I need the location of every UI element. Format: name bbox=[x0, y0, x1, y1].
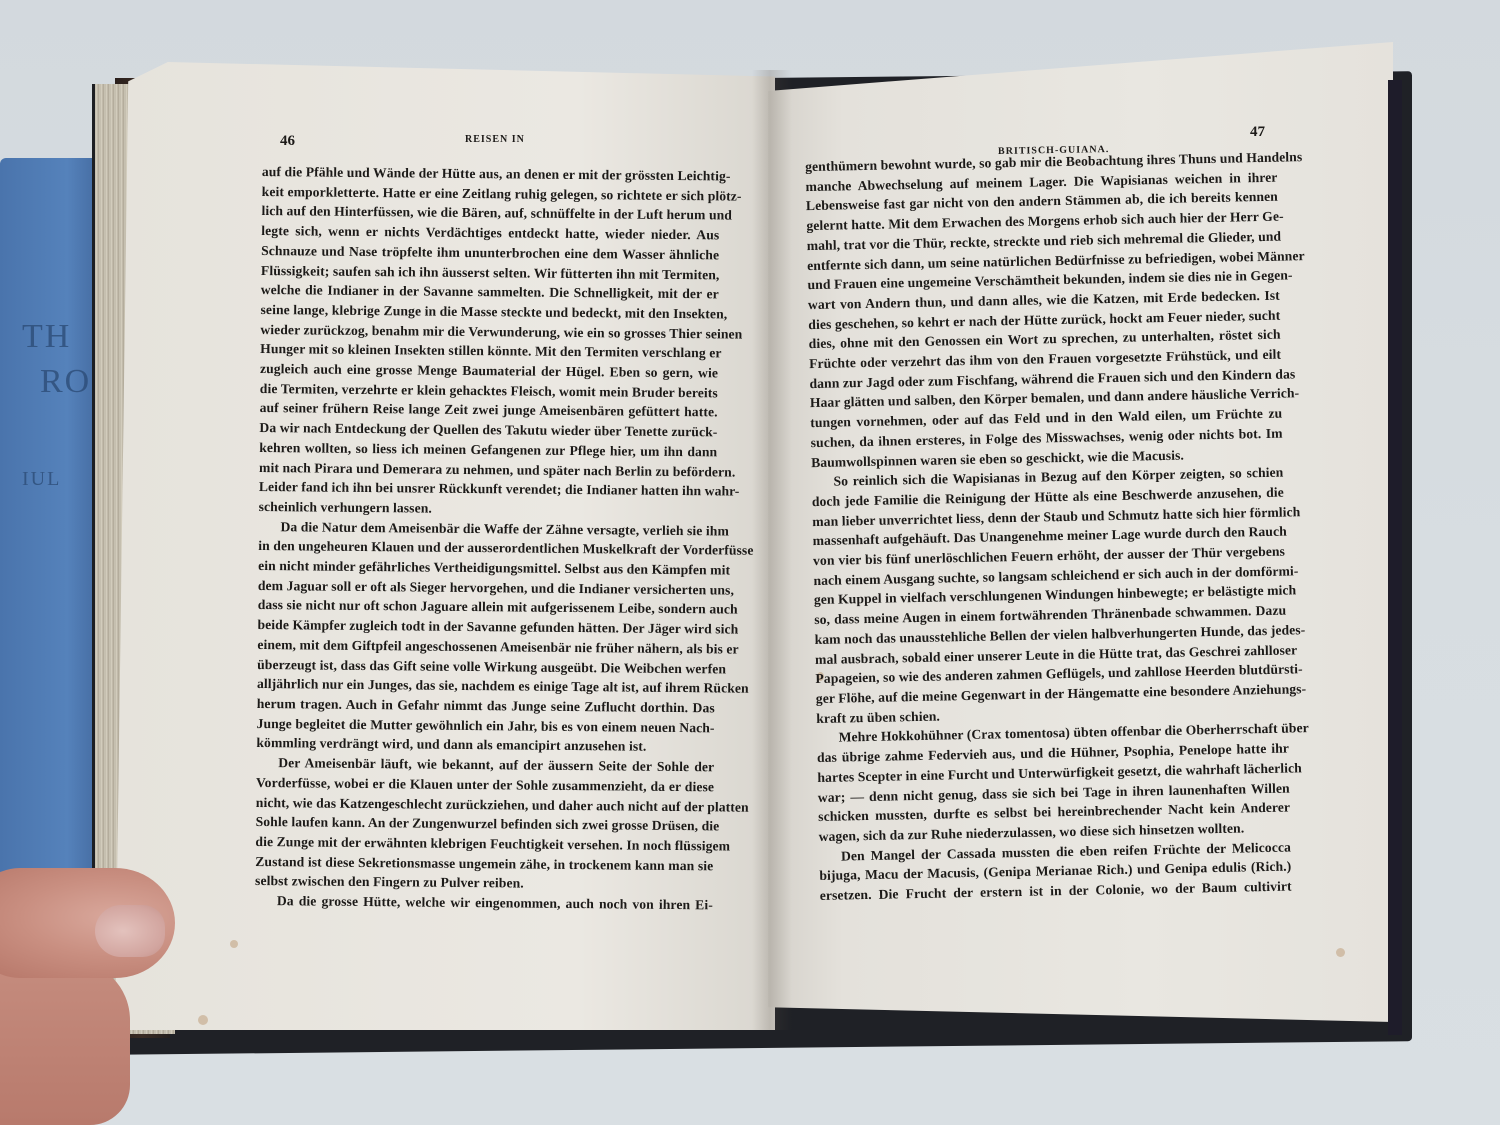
paper-stain bbox=[230, 940, 238, 948]
blue-book-spine-text: IUL bbox=[22, 468, 61, 491]
blue-book-spine-text: RO bbox=[40, 363, 91, 401]
hand bbox=[0, 960, 130, 1125]
paper-stain bbox=[198, 1015, 208, 1025]
left-page-body-text: auf die Pfähle und Wände der Hütte aus, … bbox=[255, 162, 720, 915]
right-page-body-text: genthümern bewohnt wurde, so gab mir die… bbox=[805, 148, 1292, 906]
thumbnail bbox=[95, 905, 165, 957]
paper-stain bbox=[1336, 948, 1345, 957]
blue-book-spine-text: TH bbox=[22, 318, 71, 356]
book-gutter bbox=[752, 70, 792, 1030]
running-head-left: REISEN IN bbox=[465, 134, 525, 145]
page-number-right: 47 bbox=[1250, 124, 1265, 141]
book-cover-edge-right bbox=[1388, 80, 1402, 1035]
page-number-left: 46 bbox=[280, 133, 295, 150]
